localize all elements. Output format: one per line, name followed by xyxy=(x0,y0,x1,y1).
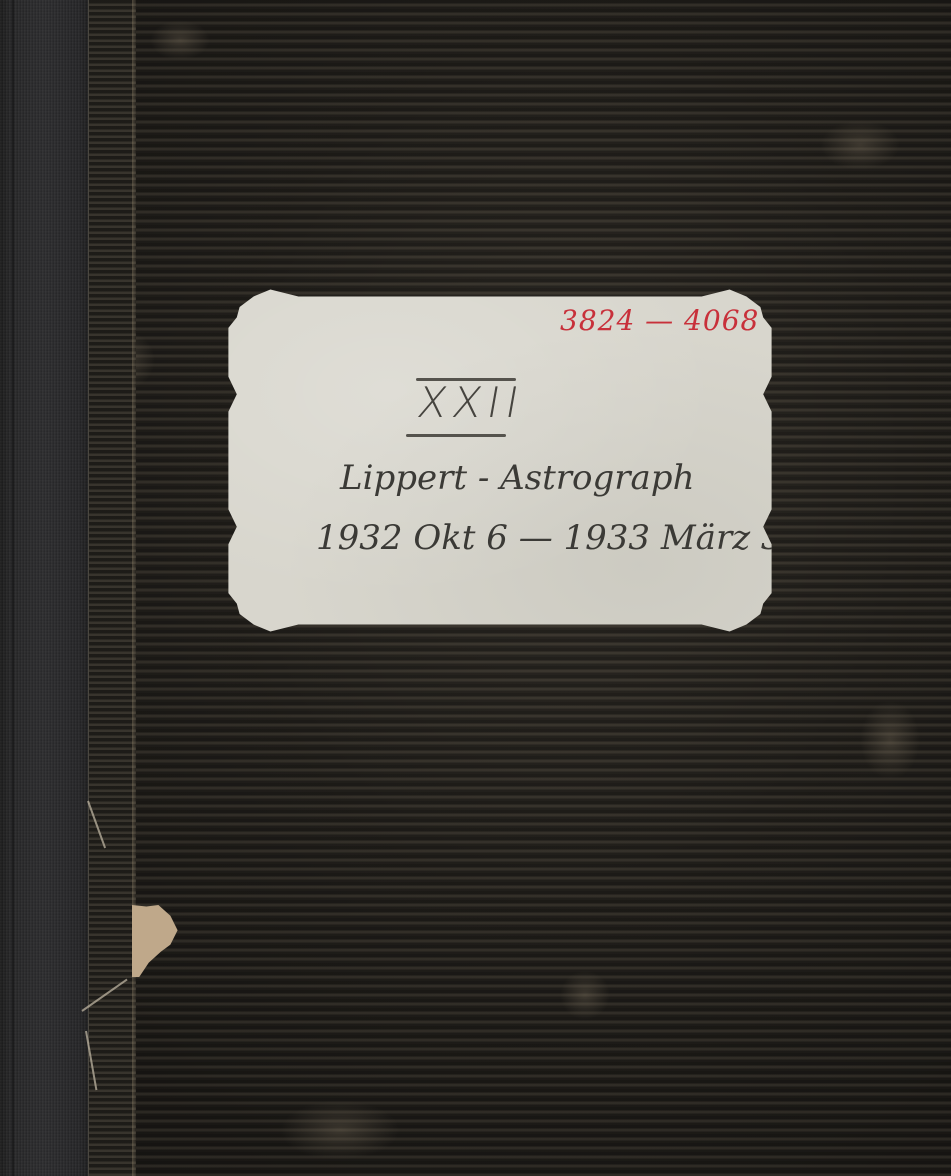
catalog-range-number: 3824 — 4068 xyxy=(560,304,759,337)
wear-mark xyxy=(280,1100,400,1160)
spine-fold-line xyxy=(12,0,14,1176)
volume-number: XXII xyxy=(414,378,529,427)
book-spine xyxy=(0,0,89,1176)
wear-mark xyxy=(560,970,610,1020)
instrument-title: Lippert - Astrograph xyxy=(340,458,694,498)
cover-label: 3824 — 4068 XXII Lippert - Astrograph 19… xyxy=(220,286,780,635)
volume-underline xyxy=(406,434,506,437)
wear-mark xyxy=(820,120,900,170)
wear-mark xyxy=(860,700,920,780)
wear-mark xyxy=(150,20,210,60)
cover-board-edge xyxy=(132,0,136,1176)
date-range: 1932 Okt 6 — 1933 März 30 xyxy=(316,518,804,558)
